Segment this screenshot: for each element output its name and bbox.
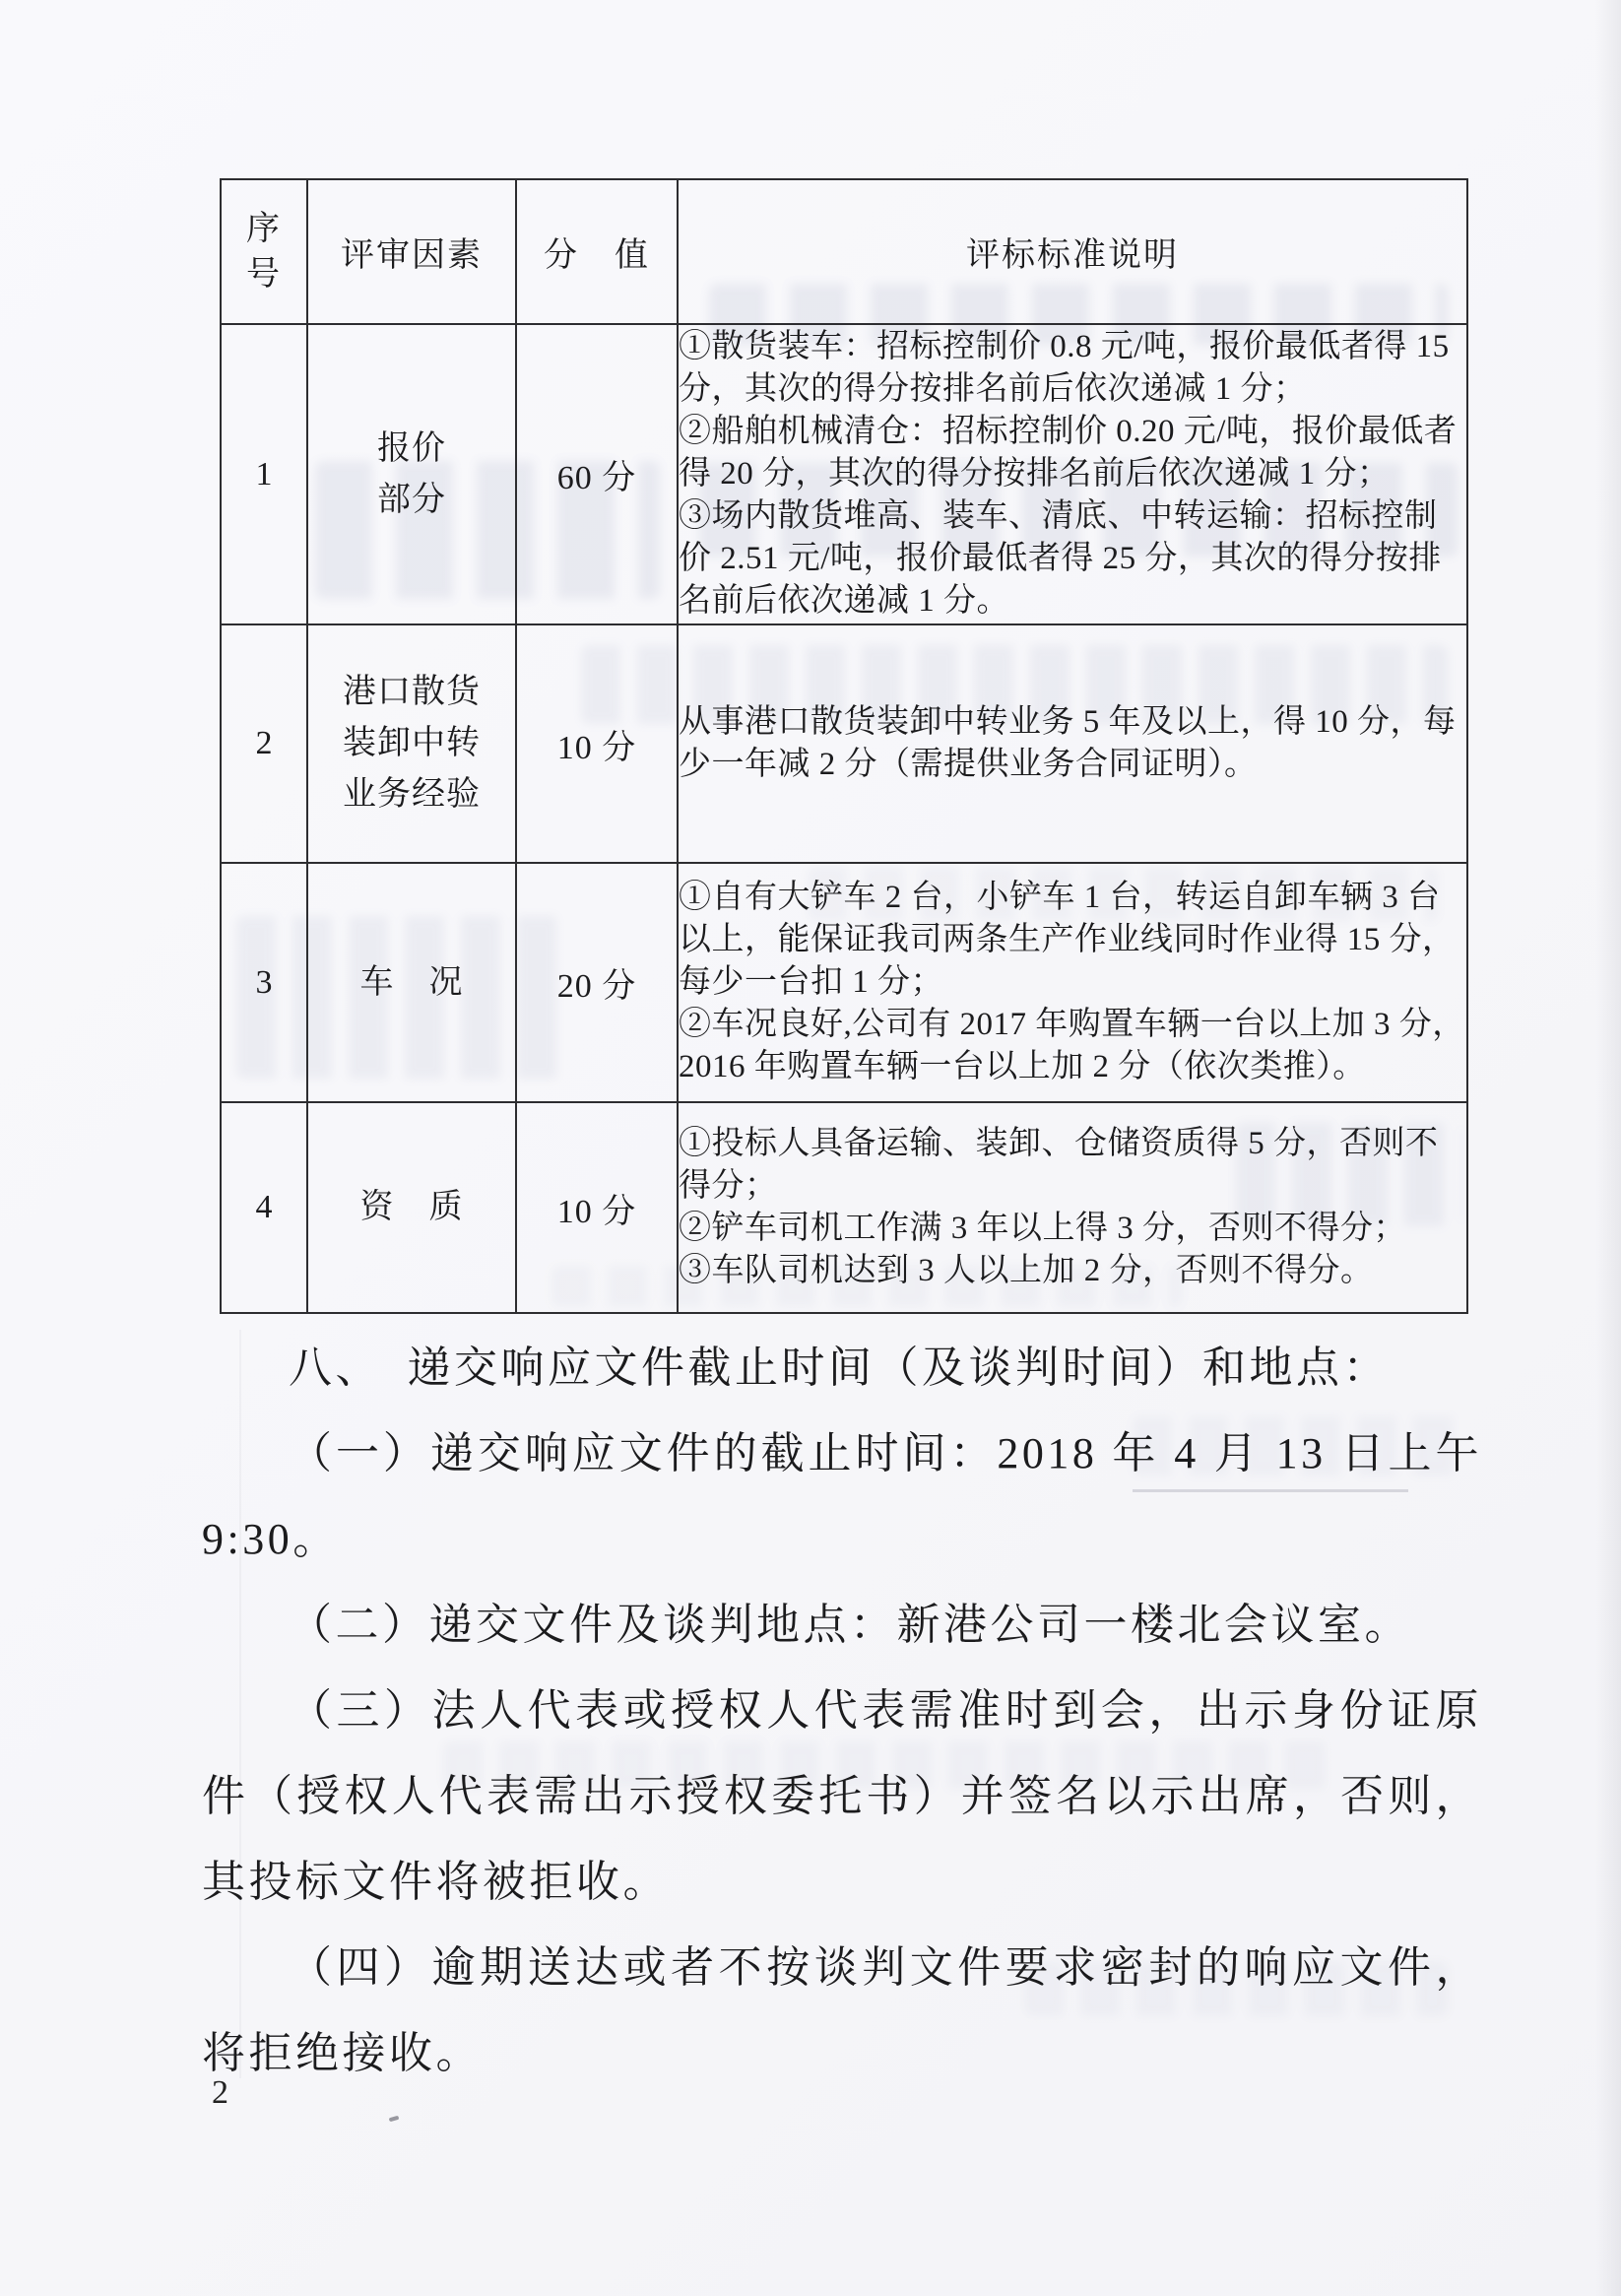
body-paragraph: （二）递交文件及谈判地点：新港公司一楼北会议室。 bbox=[202, 1582, 1482, 1668]
table-row: 2 港口散货 装卸中转 业务经验 10 分 从事港口散货装卸中转业务 5 年及以… bbox=[221, 624, 1467, 863]
document-page: 序号 评审因素 分 值 评标标准说明 1 报价 部分 60 分 ①散货装车：招标… bbox=[0, 0, 1621, 2296]
row-number-cell: 2 bbox=[221, 624, 307, 863]
page-number: 2 bbox=[212, 2074, 228, 2112]
body-paragraph: （一）递交响应文件的截止时间：2018 年 4 月 13 日上午 9:30。 bbox=[202, 1410, 1482, 1582]
criteria-cell: ①自有大铲车 2 台，小铲车 1 台，转运自卸车辆 3 台以上，能保证我司两条生… bbox=[678, 863, 1467, 1102]
criteria-cell: ①投标人具备运输、装卸、仓储资质得 5 分，否则不得分； ②铲车司机工作满 3 … bbox=[678, 1102, 1467, 1313]
body-paragraph: （三）法人代表或授权人代表需准时到会，出示身份证原件（授权人代表需出示授权委托书… bbox=[202, 1668, 1482, 1925]
factor-line: 业务经验 bbox=[308, 769, 515, 820]
scan-edge-shade bbox=[1595, 0, 1621, 2296]
criteria-item: ②铲车司机工作满 3 年以上得 3 分，否则不得分； bbox=[679, 1208, 1466, 1250]
header-cell-number: 序号 bbox=[221, 179, 307, 324]
header-cell-factor: 评审因素 bbox=[307, 179, 516, 324]
score-cell: 60 分 bbox=[516, 324, 678, 624]
row-number-cell: 3 bbox=[221, 863, 307, 1102]
table-row: 3 车 况 20 分 ①自有大铲车 2 台，小铲车 1 台，转运自卸车辆 3 台… bbox=[221, 863, 1467, 1102]
score-cell: 20 分 bbox=[516, 863, 678, 1102]
criteria-item: ③场内散货堆高、装车、清底、中转运输：招标控制价 2.51 元/吨，报价最低者得… bbox=[679, 495, 1466, 623]
factor-line: 部分 bbox=[308, 475, 515, 526]
factor-line: 港口散货 bbox=[308, 667, 515, 718]
criteria-item: 从事港口散货装卸中转业务 5 年及以上，得 10 分，每少一年减 2 分（需提供… bbox=[679, 701, 1466, 786]
header-cell-score: 分 值 bbox=[516, 179, 678, 324]
criteria-item: ①自有大铲车 2 台，小铲车 1 台，转运自卸车辆 3 台以上，能保证我司两条生… bbox=[679, 877, 1466, 1004]
scan-artifact-line bbox=[1133, 1489, 1408, 1492]
header-cell-criteria: 评标标准说明 bbox=[678, 179, 1467, 324]
evaluation-table: 序号 评审因素 分 值 评标标准说明 1 报价 部分 60 分 ①散货装车：招标… bbox=[220, 178, 1468, 1314]
scan-artifact-speck bbox=[389, 2116, 400, 2122]
criteria-cell: ①散货装车：招标控制价 0.8 元/吨，报价最低者得 15 分，其次的得分按排名… bbox=[678, 324, 1467, 624]
criteria-cell: 从事港口散货装卸中转业务 5 年及以上，得 10 分，每少一年减 2 分（需提供… bbox=[678, 624, 1467, 863]
criteria-item: ②船舶机械清仓：招标控制价 0.20 元/吨，报价最低者得 20 分，其次的得分… bbox=[679, 411, 1466, 495]
body-paragraph: 八、 递交响应文件截止时间（及谈判时间）和地点： bbox=[202, 1325, 1482, 1410]
body-paragraph: （四）逾期送达或者不按谈判文件要求密封的响应文件，将拒绝接收。 bbox=[202, 1925, 1482, 2096]
header-number-label: 序号 bbox=[245, 207, 283, 297]
criteria-item: ③车队司机达到 3 人以上加 2 分，否则不得分。 bbox=[679, 1250, 1466, 1292]
factor-line: 资 质 bbox=[308, 1182, 515, 1233]
factor-line: 装卸中转 bbox=[308, 718, 515, 769]
factor-cell: 港口散货 装卸中转 业务经验 bbox=[307, 624, 516, 863]
score-cell: 10 分 bbox=[516, 624, 678, 863]
row-number-cell: 4 bbox=[221, 1102, 307, 1313]
factor-cell: 资 质 bbox=[307, 1102, 516, 1313]
factor-line: 报价 bbox=[308, 424, 515, 475]
factor-cell: 报价 部分 bbox=[307, 324, 516, 624]
criteria-item: ②车况良好,公司有 2017 年购置车辆一台以上加 3 分，2016 年购置车辆… bbox=[679, 1004, 1466, 1088]
criteria-item: ①散货装车：招标控制价 0.8 元/吨，报价最低者得 15 分，其次的得分按排名… bbox=[679, 326, 1466, 411]
factor-cell: 车 况 bbox=[307, 863, 516, 1102]
row-number-cell: 1 bbox=[221, 324, 307, 624]
body-paragraphs: 八、 递交响应文件截止时间（及谈判时间）和地点： （一）递交响应文件的截止时间：… bbox=[202, 1325, 1482, 2096]
criteria-item: ①投标人具备运输、装卸、仓储资质得 5 分，否则不得分； bbox=[679, 1123, 1466, 1208]
score-cell: 10 分 bbox=[516, 1102, 678, 1313]
table-row: 4 资 质 10 分 ①投标人具备运输、装卸、仓储资质得 5 分，否则不得分； … bbox=[221, 1102, 1467, 1313]
table-header-row: 序号 评审因素 分 值 评标标准说明 bbox=[221, 179, 1467, 324]
table-row: 1 报价 部分 60 分 ①散货装车：招标控制价 0.8 元/吨，报价最低者得 … bbox=[221, 324, 1467, 624]
factor-line: 车 况 bbox=[308, 957, 515, 1009]
scan-artifact-streak bbox=[239, 1330, 241, 2078]
